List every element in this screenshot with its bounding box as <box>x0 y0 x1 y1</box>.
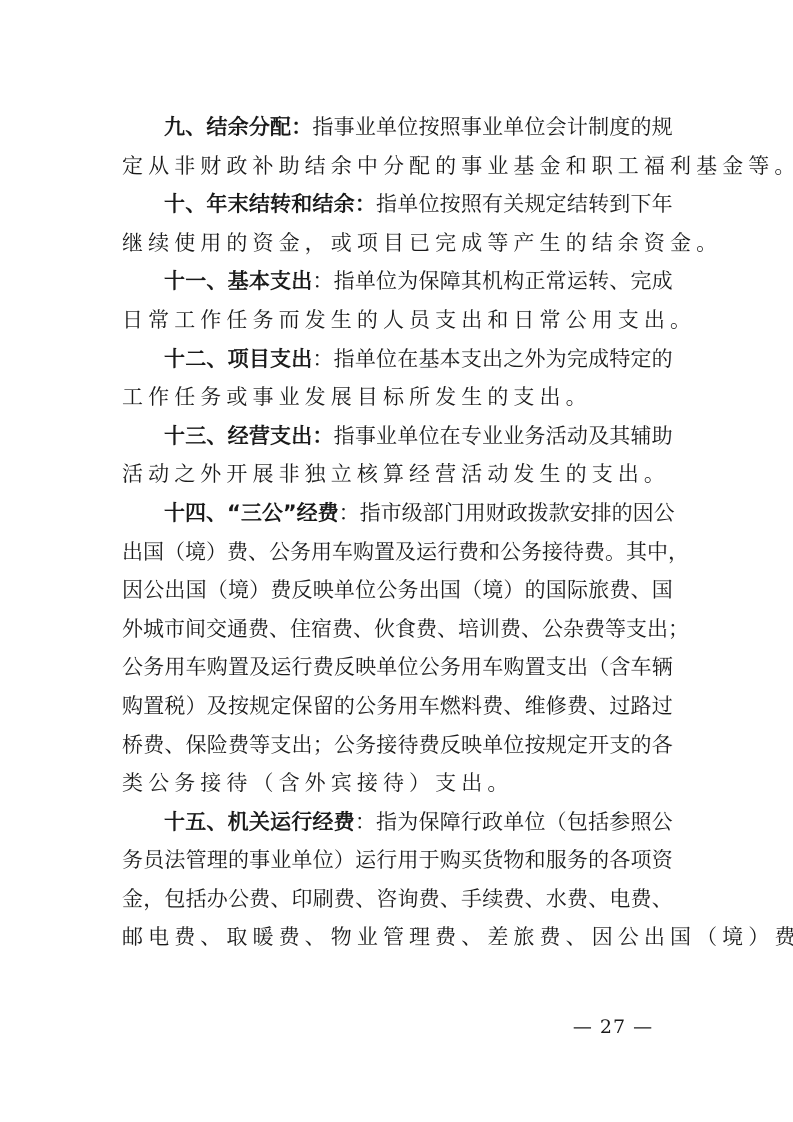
paragraph-line: 金，包括办公费、印刷费、咨询费、手续费、水费、电费、 <box>122 880 673 919</box>
paragraph-line: 继续使用的资金，或项目已完成等产生的结余资金。 <box>122 224 673 263</box>
paragraph-line: 类公务接待（含外宾接待）支出。 <box>122 764 673 803</box>
paragraph-heading-line: 九、结余分配：指事业单位按照事业单位会计制度的规 <box>122 108 673 147</box>
paragraph-line: 活动之外开展非独立核算经营活动发生的支出。 <box>122 455 673 494</box>
paragraph-line: 出国（境）费、公务用车购置及运行费和公务接待费。其中， <box>122 533 673 572</box>
paragraph-heading-line: 十四、“三公”经费：指市级部门用财政拨款安排的因公 <box>122 494 673 533</box>
paragraph-line: 外城市间交通费、住宿费、伙食费、培训费、公杂费等支出； <box>122 610 673 649</box>
paragraph-line: 务员法管理的事业单位）运行用于购买货物和服务的各项资 <box>122 841 673 880</box>
paragraph-line: 公务用车购置及运行费反映单位公务用车购置支出（含车辆 <box>122 648 673 687</box>
paragraph-line: 日常工作任务而发生的人员支出和日常公用支出。 <box>122 301 673 340</box>
paragraph-line: 桥费、保险费等支出；公务接待费反映单位按规定开支的各 <box>122 726 673 765</box>
paragraph-heading-line: 十一、基本支出：指单位为保障其机构正常运转、完成 <box>122 262 673 301</box>
paragraph-line: 定从非财政补助结余中分配的事业基金和职工福利基金等。 <box>122 147 673 186</box>
body-text: 九、结余分配：指事业单位按照事业单位会计制度的规定从非财政补助结余中分配的事业基… <box>122 108 673 957</box>
document-page: 九、结余分配：指事业单位按照事业单位会计制度的规定从非财政补助结余中分配的事业基… <box>0 0 793 1122</box>
paragraph-heading-line: 十三、经营支出：指事业单位在专业业务活动及其辅助 <box>122 417 673 456</box>
paragraph-line: 工作任务或事业发展目标所发生的支出。 <box>122 378 673 417</box>
paragraph-line: 邮电费、取暖费、物业管理费、差旅费、因公出国（境）费、 <box>122 918 673 957</box>
paragraph-heading-line: 十五、机关运行经费：指为保障行政单位（包括参照公 <box>122 803 673 842</box>
page-number: — 27 — <box>553 1016 673 1038</box>
paragraph-line: 因公出国（境）费反映单位公务出国（境）的国际旅费、国 <box>122 571 673 610</box>
paragraph-heading-line: 十、年末结转和结余：指单位按照有关规定结转到下年 <box>122 185 673 224</box>
paragraph-heading-line: 十二、项目支出：指单位在基本支出之外为完成特定的 <box>122 340 673 379</box>
paragraph-line: 购置税）及按规定保留的公务用车燃料费、维修费、过路过 <box>122 687 673 726</box>
